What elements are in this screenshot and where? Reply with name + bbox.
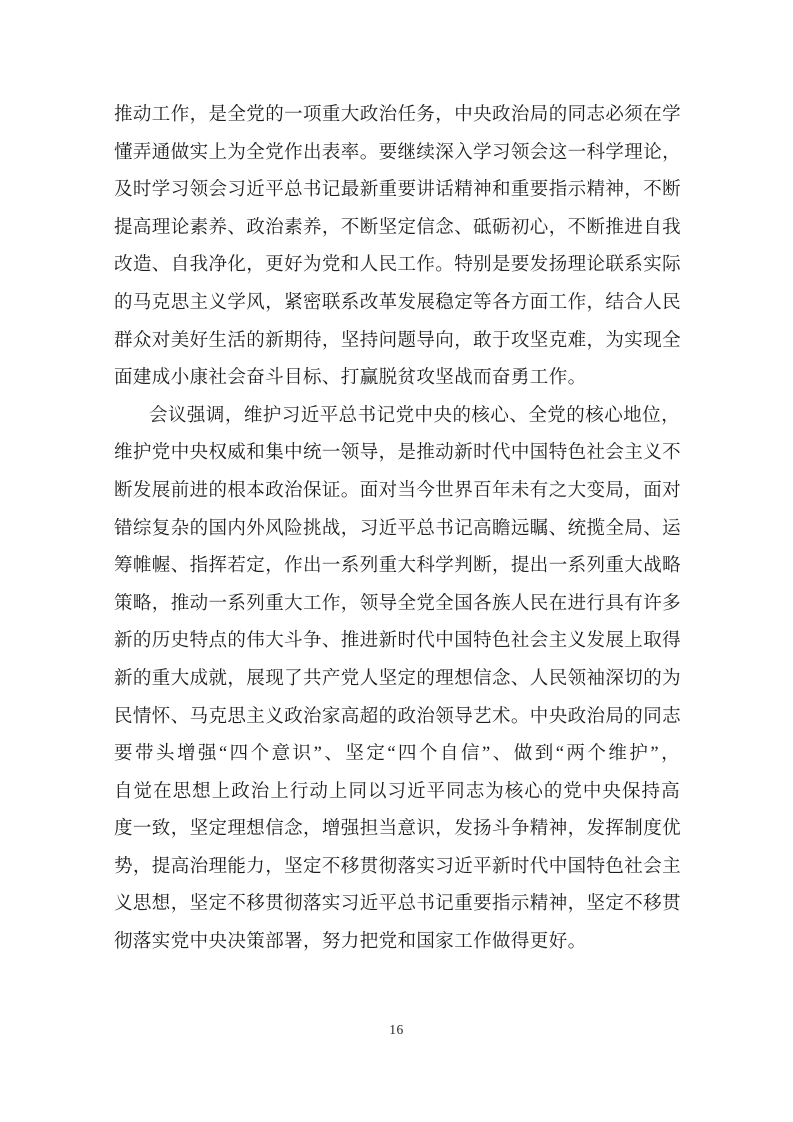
text-line: 自觉在思想上政治上行动上同以习近平同志为核心的党中央保持高 (114, 774, 680, 812)
text-line: 的马克思主义学风，紧密联系改革发展稳定等各方面工作，结合人民 (114, 285, 680, 323)
text-line: 新的历史特点的伟大斗争、推进新时代中国特色社会主义发展上取得 (114, 623, 680, 661)
text-line: 要带头增强“四个意识”、坚定“四个自信”、做到“两个维护”， (114, 736, 680, 774)
paragraph-2: 会议强调，维护习近平总书记党中央的核心、全党的核心地位， 维护党中央权威和集中统… (114, 398, 680, 962)
paragraph-1: 推动工作，是全党的一项重大政治任务，中央政治局的同志必须在学 懂弄通做实上为全党… (114, 97, 680, 398)
text-line: 筹帷幄、指挥若定，作出一系列重大科学判断，提出一系列重大战略 (114, 548, 680, 586)
document-page: 推动工作，是全党的一项重大政治任务，中央政治局的同志必须在学 懂弄通做实上为全党… (0, 0, 793, 1122)
text-line: 民情怀、马克思主义政治家高超的政治领导艺术。中央政治局的同志 (114, 699, 680, 737)
text-line: 维护党中央权威和集中统一领导，是推动新时代中国特色社会主义不 (114, 435, 680, 473)
text-line: 错综复杂的国内外风险挑战，习近平总书记高瞻远瞩、统揽全局、运 (114, 511, 680, 549)
text-line: 新的重大成就，展现了共产党人坚定的理想信念、人民领袖深切的为 (114, 661, 680, 699)
page-number: 16 (0, 1022, 793, 1038)
text-line: 度一致，坚定理想信念，增强担当意识，发扬斗争精神，发挥制度优 (114, 811, 680, 849)
text-line: 断发展前进的根本政治保证。面对当今世界百年未有之大变局，面对 (114, 473, 680, 511)
document-body: 推动工作，是全党的一项重大政治任务，中央政治局的同志必须在学 懂弄通做实上为全党… (114, 97, 680, 962)
text-line: 改造、自我净化，更好为党和人民工作。特别是要发扬理论联系实际 (114, 247, 680, 285)
text-line: 提高理论素养、政治素养，不断坚定信念、砥砺初心，不断推进自我 (114, 210, 680, 248)
text-line: 推动工作，是全党的一项重大政治任务，中央政治局的同志必须在学 (114, 97, 680, 135)
text-line: 义思想，坚定不移贯彻落实习近平总书记重要指示精神，坚定不移贯 (114, 886, 680, 924)
text-line: 面建成小康社会奋斗目标、打赢脱贫攻坚战而奋勇工作。 (114, 360, 680, 398)
text-line: 势，提高治理能力，坚定不移贯彻落实习近平新时代中国特色社会主 (114, 849, 680, 887)
text-line: 懂弄通做实上为全党作出表率。要继续深入学习领会这一科学理论， (114, 135, 680, 173)
text-line: 彻落实党中央决策部署，努力把党和国家工作做得更好。 (114, 924, 680, 962)
text-line: 群众对美好生活的新期待，坚持问题导向，敢于攻坚克难，为实现全 (114, 323, 680, 361)
text-line: 策略，推动一系列重大工作，领导全党全国各族人民在进行具有许多 (114, 586, 680, 624)
text-line: 会议强调，维护习近平总书记党中央的核心、全党的核心地位， (114, 398, 680, 436)
text-line: 及时学习领会习近平总书记最新重要讲话精神和重要指示精神，不断 (114, 172, 680, 210)
